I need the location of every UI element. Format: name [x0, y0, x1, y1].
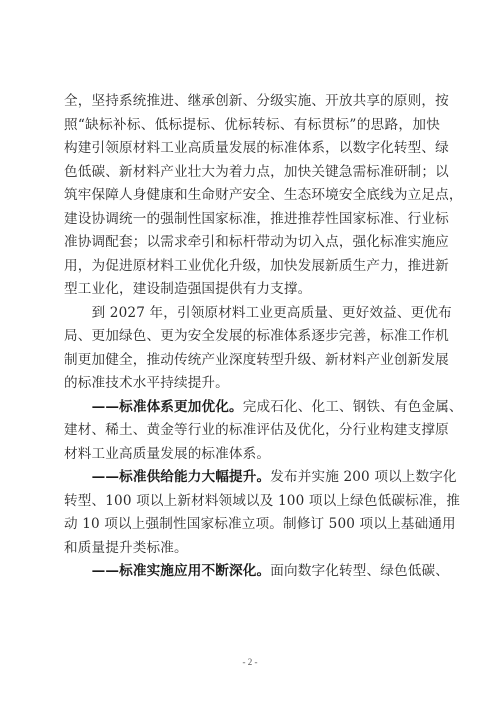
document-body: 全，坚持系统推进、继承创新、分级实施、开放共享的原则，按 照“缺标补标、低标提标… [64, 90, 440, 584]
text-line: 制更加健全，推动传统产业深度转型升级、新材料产业创新发展 [64, 349, 440, 373]
text-line: 的标准技术水平持续提升。 [64, 372, 440, 396]
paragraph-implementation: ——标准实施应用不断深化。面向数字化转型、绿色低碳、 [64, 560, 440, 584]
text-line: 全，坚持系统推进、继承创新、分级实施、开放共享的原则，按 [64, 90, 440, 114]
paragraph-principles: 全，坚持系统推进、继承创新、分级实施、开放共享的原则，按 照“缺标补标、低标提标… [64, 90, 440, 302]
text-line: ——标准供给能力大幅提升。发布并实施 200 项以上数字化 [64, 466, 440, 490]
text-line: 色低碳、新材料产业壮大为着力点，加快关键急需标准研制；以 [64, 161, 440, 185]
text-line: 材料工业高质量发展的标准体系。 [64, 443, 440, 467]
document-page: 全，坚持系统推进、继承创新、分级实施、开放共享的原则，按 照“缺标补标、低标提标… [0, 0, 500, 707]
text-line: ——标准体系更加优化。完成石化、化工、钢铁、有色金属、 [64, 396, 440, 420]
text-run: 完成石化、化工、钢铁、有色金属、 [243, 399, 463, 415]
page-number: - 2 - [0, 657, 500, 667]
text-line: 照“缺标补标、低标提标、优标转标、有标贯标”的思路，加快 [64, 114, 440, 138]
text-line: 构建引领原材料工业高质量发展的标准体系，以数字化转型、绿 [64, 137, 440, 161]
text-line: 和质量提升类标准。 [64, 537, 440, 561]
text-run: 发布并实施 200 项以上数字化 [270, 469, 457, 485]
text-line: 准协调配套；以需求牵引和标杆带动为切入点，强化标准实施应 [64, 231, 440, 255]
text-line: 到 2027 年，引领原材料工业更高质量、更好效益、更优布 [64, 302, 440, 326]
text-line: 建材、稀土、黄金等行业的标准评估及优化，分行业构建支撑原 [64, 419, 440, 443]
text-line: ——标准实施应用不断深化。面向数字化转型、绿色低碳、 [64, 560, 440, 584]
text-line: 局、更加绿色、更为安全发展的标准体系逐步完善，标准工作机 [64, 325, 440, 349]
section-heading: ——标准供给能力大幅提升。 [92, 469, 271, 485]
text-line: 建设协调统一的强制性国家标准，推进推荐性国家标准、行业标 [64, 208, 440, 232]
text-line: 型工业化，建设制造强国提供有力支撑。 [64, 278, 440, 302]
text-line: 用，为促进原材料工业优化升级，加快发展新质生产力，推进新 [64, 255, 440, 279]
text-line: 动 10 项以上强制性国家标准立项。制修订 500 项以上基础通用 [64, 513, 440, 537]
text-run: 面向数字化转型、绿色低碳、 [270, 563, 449, 579]
paragraph-2027-goals: 到 2027 年，引领原材料工业更高质量、更好效益、更优布 局、更加绿色、更为安… [64, 302, 440, 396]
text-line: 转型、100 项以上新材料领域以及 100 项以上绿色低碳标准，推 [64, 490, 440, 514]
paragraph-supply-capacity: ——标准供给能力大幅提升。发布并实施 200 项以上数字化 转型、100 项以上… [64, 466, 440, 560]
text-line: 筑牢保障人身健康和生命财产安全、生态环境安全底线为立足点， [64, 184, 440, 208]
section-heading: ——标准实施应用不断深化。 [92, 563, 271, 579]
section-heading: ——标准体系更加优化。 [92, 399, 243, 415]
paragraph-system-optimization: ——标准体系更加优化。完成石化、化工、钢铁、有色金属、 建材、稀土、黄金等行业的… [64, 396, 440, 467]
